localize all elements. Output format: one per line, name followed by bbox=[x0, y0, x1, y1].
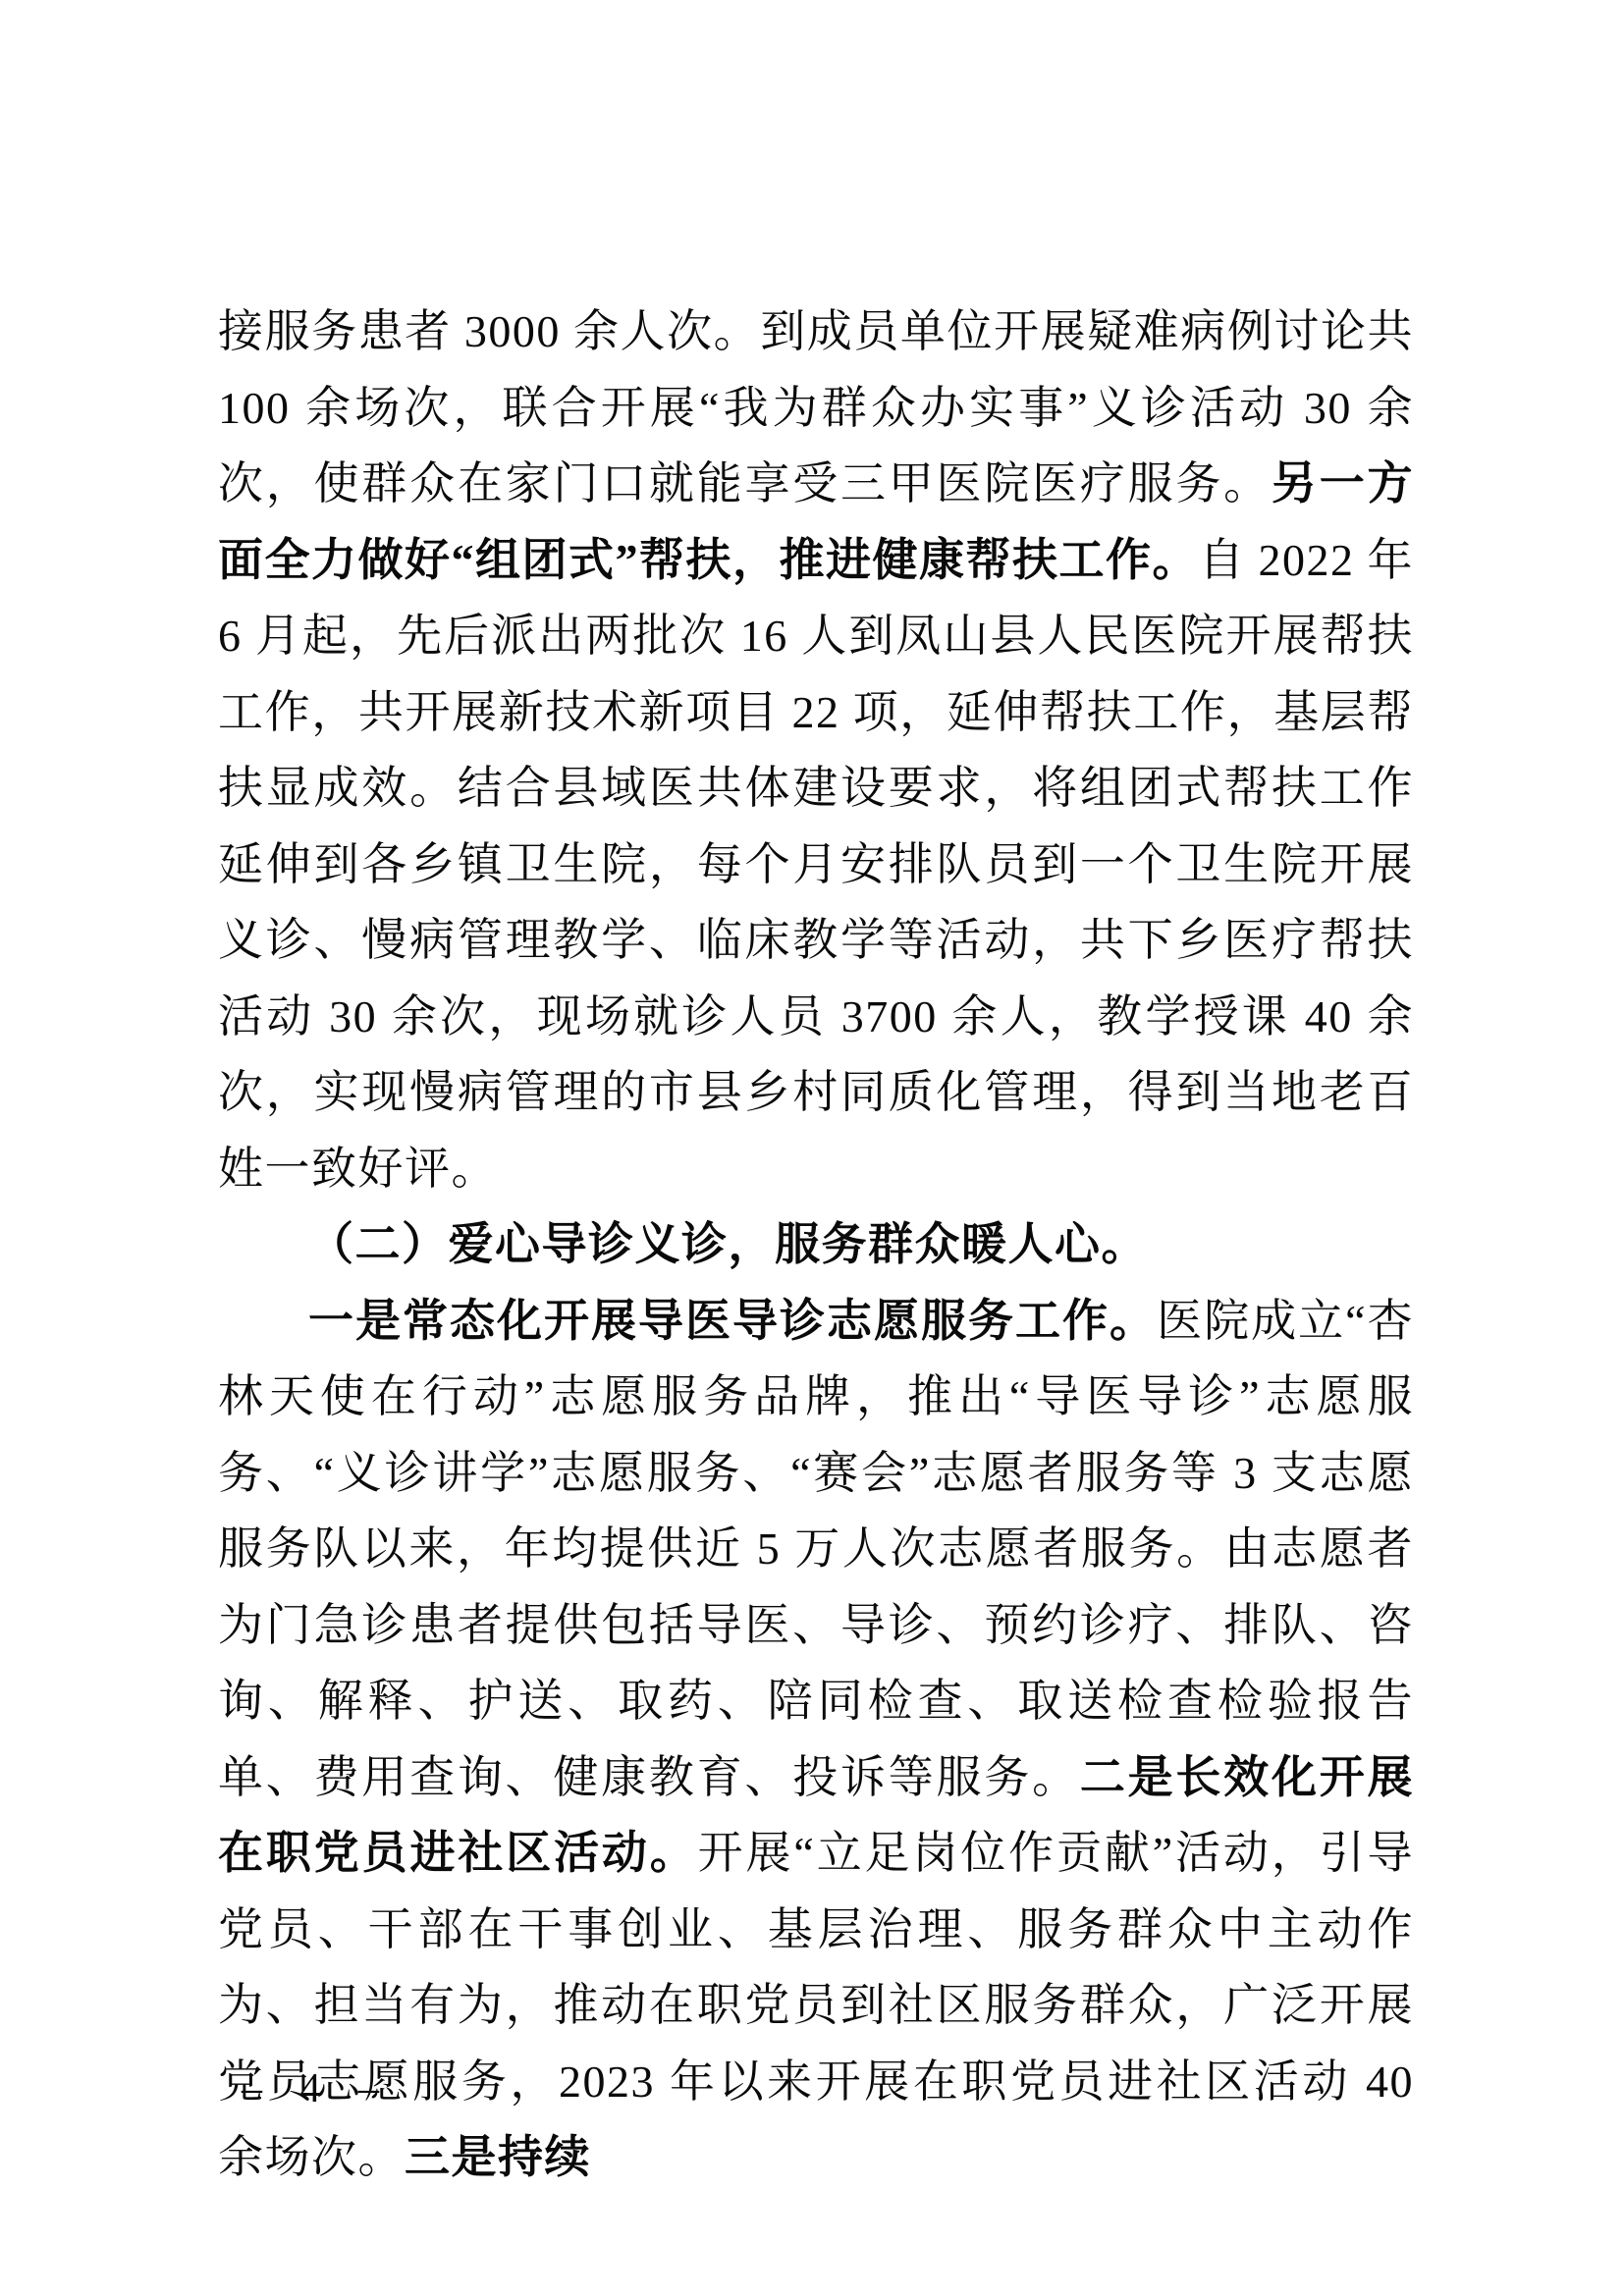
text-run: 接服务患者 3000 余人次。到成员单位开展疑难病例讨论共 100 余场次，联合… bbox=[218, 306, 1414, 508]
section-heading-2: （二）爱心导诊义诊，服务群众暖人心。 bbox=[218, 1206, 1414, 1283]
document-page: 接服务患者 3000 余人次。到成员单位开展疑难病例讨论共 100 余场次，联合… bbox=[0, 0, 1624, 2296]
paragraph-volunteer-service: 一是常态化开展导医导诊志愿服务工作。医院成立“杏林天使在行动”志愿服务品牌，推出… bbox=[218, 1283, 1414, 2196]
text-run: 开展“立足岗位作贡献”活动，引导党员、干部在干事创业、基层治理、服务群众中主动作… bbox=[218, 1828, 1414, 2182]
page-number: – 4 – bbox=[242, 2065, 393, 2112]
paragraph-group-style-assistance: 接服务患者 3000 余人次。到成员单位开展疑难病例讨论共 100 余场次，联合… bbox=[218, 294, 1414, 1206]
text-run-bold: 三是持续 bbox=[405, 2132, 591, 2182]
document-body: 接服务患者 3000 余人次。到成员单位开展疑难病例讨论共 100 余场次，联合… bbox=[218, 294, 1414, 2196]
text-run: 自 2022 年 6 月起，先后派出两批次 16 人到凤山县人民医院开展帮扶工作… bbox=[218, 535, 1414, 1194]
text-run-bold: 一是常态化开展导医导诊志愿服务工作。 bbox=[308, 1296, 1157, 1346]
text-run: 医院成立“杏林天使在行动”志愿服务品牌，推出“导医导诊”志愿服务、“义诊讲学”志… bbox=[218, 1296, 1414, 1802]
